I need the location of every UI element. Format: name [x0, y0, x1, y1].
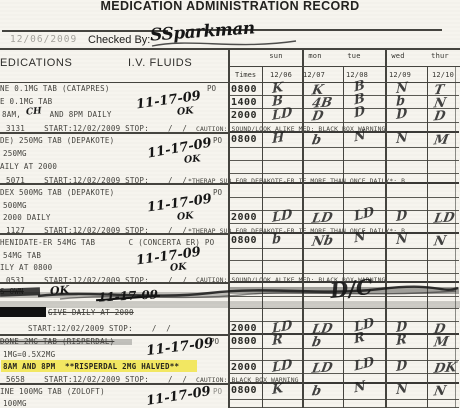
med-line: NE 0.1MG TAB (CATAPRES) — [0, 84, 110, 93]
admin-initials: M — [433, 132, 450, 148]
iv-fluids-header: I.V. FLUIDS — [128, 57, 192, 69]
handwritten-ok: OK — [184, 153, 201, 165]
admin-initials: N — [433, 233, 448, 249]
admin-initials: N — [353, 229, 367, 247]
time-cell: 0800 — [231, 134, 257, 145]
admin-initials: N — [396, 381, 408, 398]
admin-initials: R — [272, 332, 283, 349]
handwritten-date: 11-17-09 — [146, 135, 213, 161]
time-cell: 2000 — [231, 110, 257, 121]
admin-initials: LD — [272, 105, 292, 124]
handwritten-ok: OK — [170, 261, 187, 273]
med-line: DEX 500MG TAB (DEPAKOTE) — [0, 188, 114, 197]
admin-initials: D — [396, 106, 407, 123]
handwritten-insert: CH — [26, 106, 42, 117]
admin-initials: R — [353, 330, 366, 348]
grid-vline — [385, 48, 387, 408]
route-label: PO — [207, 84, 216, 93]
med-line: INE 100MG TAB (ZOLOFT) — [0, 387, 105, 396]
grid-vline — [343, 66, 344, 408]
admin-initials: D — [396, 358, 407, 375]
date-label-1209: 12/09 — [389, 71, 411, 79]
admin-initials: N — [353, 128, 367, 146]
date-label-1208: 12/08 — [346, 71, 368, 79]
handwritten-ok: OK — [177, 105, 194, 117]
admin-initials: R — [396, 332, 407, 349]
admin-initials: b — [311, 133, 323, 149]
admin-initials: LD — [353, 205, 375, 225]
admin-initials: K — [272, 381, 283, 398]
time-cell: 0800 — [231, 84, 257, 95]
time-cell: 1400 — [231, 97, 257, 108]
grid-vline — [228, 48, 230, 408]
time-cell: 0800 — [231, 235, 257, 246]
handwritten-date: 11-17-09 — [135, 245, 202, 269]
date-label-1210: 12/10 — [432, 71, 454, 79]
time-cell: 0800 — [231, 385, 257, 396]
med-line-redacted: GIVE DAILY AT 2000 — [48, 308, 134, 317]
grid-vline — [427, 66, 428, 408]
checked-by-label: Checked By: — [88, 34, 150, 46]
record-date: 12/06/2009 — [10, 34, 77, 45]
separator-line — [0, 383, 229, 385]
route-label: PO — [213, 136, 222, 145]
handwritten-ok: OK — [50, 283, 70, 297]
med-line: START:12/02/2009 STOP: / / — [28, 324, 171, 333]
grid-vline — [302, 48, 304, 408]
date-label-1206: 12/06 — [270, 71, 292, 79]
handwritten-dc: D/C — [329, 274, 374, 303]
admin-initials: b — [272, 231, 281, 248]
route-label: PO — [213, 188, 222, 197]
separator-line — [0, 233, 229, 235]
redaction-bar — [0, 307, 46, 317]
med-line: 2000 DAILY — [3, 213, 51, 222]
header-rule-left — [2, 30, 168, 32]
admin-initials: N — [353, 379, 367, 397]
med-line: HENIDATE-ER 54MG TAB C (CONCERTA ER) PO — [0, 238, 214, 247]
medications-header: EDICATIONS — [0, 57, 72, 69]
med-line-highlighted: 8AM AND 8PM **RISPERDAL 2MG HALVED** — [3, 362, 179, 371]
time-cell: 2000 — [231, 323, 257, 334]
med-line: E 0.1MG TAB — [0, 97, 52, 106]
med-line: ILY AT 0800 — [0, 263, 52, 272]
med-line: DE) 250MG TAB (DEPAKOTE) — [0, 136, 114, 145]
signature-flourish — [150, 36, 300, 50]
med-line: 8AM, AND 8PM DAILY — [2, 110, 112, 119]
admin-initials: N — [433, 383, 448, 399]
admin-initials: D — [396, 208, 407, 225]
med-line: 1MG=0.5X2MG — [3, 350, 55, 359]
handwritten-ok: OK — [177, 210, 194, 222]
handwritten-date: 11-17-09 — [145, 335, 214, 359]
page-title: MEDICATION ADMINISTRATION RECORD — [100, 0, 359, 13]
grid-vline — [455, 66, 456, 408]
med-line: AILY AT 2000 — [0, 162, 57, 171]
times-header: Times — [235, 71, 256, 79]
time-cell: 2000 — [231, 362, 257, 373]
date-label-1207: 12/07 — [303, 71, 325, 79]
day-label-sun: sun — [269, 52, 282, 60]
handwritten-date: 11-17-09 — [145, 384, 212, 408]
separator-line — [0, 183, 229, 185]
admin-initials: H — [272, 130, 284, 147]
day-label-mon: mon — [308, 52, 321, 60]
day-label-wed: wed — [391, 52, 404, 60]
grid-vline — [262, 66, 263, 408]
route-label: PO — [213, 387, 222, 396]
day-label-thur: thur — [431, 52, 449, 60]
separator-line — [0, 132, 229, 134]
admin-initials: D — [353, 104, 366, 122]
med-line: 250MG — [3, 149, 27, 158]
admin-initials: LD — [353, 355, 375, 375]
med-line: 500MG — [3, 201, 27, 210]
strike-smear — [0, 339, 132, 345]
admin-initials: N — [396, 231, 408, 248]
admin-initials: b — [311, 384, 323, 400]
scanned-mar-page: MEDICATION ADMINISTRATION RECORD 12/06/2… — [0, 0, 460, 408]
day-label-tue: tue — [347, 52, 360, 60]
med-line: 100MG — [3, 399, 27, 408]
admin-initials: N — [396, 130, 408, 147]
time-cell: 2000 — [231, 212, 257, 223]
med-line: 54MG TAB — [3, 251, 41, 260]
separator-line — [0, 334, 229, 336]
admin-initials: Nb — [311, 233, 335, 250]
time-cell: 0800 — [231, 336, 257, 347]
